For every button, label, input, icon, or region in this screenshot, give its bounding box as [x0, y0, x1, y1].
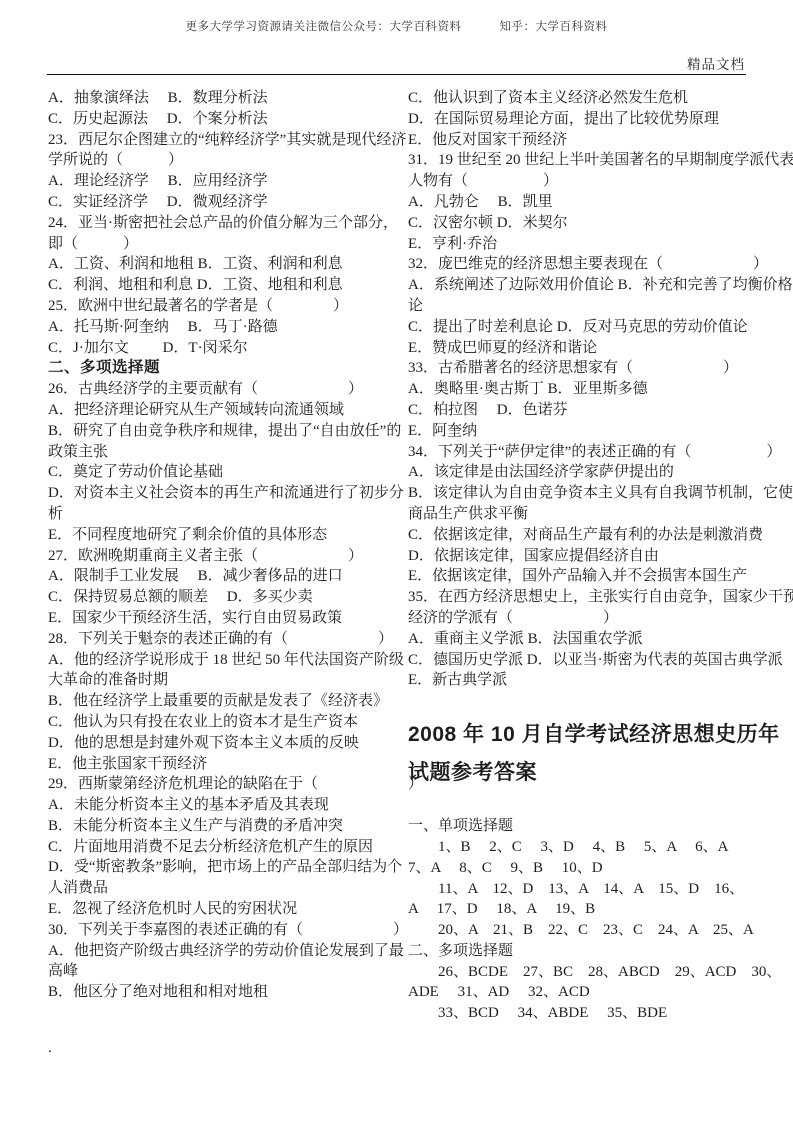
header-promo-left: 更多大学学习资源请关注微信公众号：大学百科资料 — [186, 21, 462, 33]
premium-doc-badge: 精品文档 — [687, 53, 745, 73]
document-page: 更多大学学习资源请关注微信公众号：大学百科资料知乎：大学百科资料 精品文档 A．… — [0, 0, 793, 1122]
text-line: 1、B 2、C 3、D 4、B 5、A 6、A — [408, 837, 770, 858]
text-line: E．他主张国家干预经济 — [48, 754, 400, 775]
text-line: C．保持贸易总额的顺差 D．多买少卖 — [48, 587, 400, 608]
text-line: 20、A 21、B 22、C 23、C 24、A 25、A — [408, 920, 770, 941]
text-line: 29．西斯蒙第经济危机理论的缺陷在于（ ） — [48, 774, 400, 795]
text-line: C．他认为只有投在农业上的资本才是生产资本 — [48, 712, 400, 733]
text-line: 11、A 12、D 13、A 14、A 15、D 16、 — [408, 879, 770, 900]
text-line: D．他的思想是封建外观下资本主义本质的反映 — [48, 733, 400, 754]
text-line: 33、BCD 34、ABDE 35、BDE — [408, 1003, 770, 1024]
text-line: C．德国历史学派 D．以亚当·斯密为代表的英国古典学派 — [408, 650, 770, 671]
text-line: A．理论经济学 B．应用经济学 — [48, 171, 400, 192]
text-line: 25．欧洲中世纪最著名的学者是（ ） — [48, 296, 400, 317]
text-line: C．利润、地租和利息 D．工资、地租和利息 — [48, 275, 400, 296]
text-line: A．抽象演绎法 B．数理分析法 — [48, 88, 400, 109]
text-line: A．限制手工业发展 B．减少奢侈品的进口 — [48, 566, 400, 587]
text-line: 析 — [48, 504, 400, 525]
text-line: A．工资、利润和地租 B．工资、利润和利息 — [48, 254, 400, 275]
text-line: 23．西尼尔企图建立的“纯粹经济学”其实就是现代经济 — [48, 130, 400, 151]
header-promo-right: 知乎：大学百科资料 — [500, 21, 608, 33]
text-line: 27．欧洲晚期重商主义者主张（ ） — [48, 546, 400, 567]
text-line: C．历史起源法 D．个案分析法 — [48, 109, 400, 130]
text-line: A．系统阐述了边际效用价值论 B．补充和完善了均衡价格 — [408, 275, 770, 296]
right-column: C．他认识到了资本主义经济必然发生危机D．在国际贸易理论方面，提出了比较优势原理… — [408, 88, 770, 1024]
text-line: 31．19 世纪至 20 世纪上半叶美国著名的早期制度学派代表 — [408, 150, 770, 171]
text-line: E．新古典学派 — [408, 670, 770, 691]
text-line: D．受“斯密教条”影响，把市场上的产品全部归结为个 — [48, 857, 400, 878]
text-line: A．奥略里·奥古斯丁 B．亚里斯多德 — [408, 379, 770, 400]
text-line: B．他在经济学上最重要的贡献是发表了《经济表》 — [48, 691, 400, 712]
text-line: E．依据该定律，国外产品输入并不会损害本国生产 — [408, 566, 770, 587]
text-line: C．提出了时差利息论 D．反对马克思的劳动价值论 — [408, 317, 770, 338]
left-column: A．抽象演绎法 B．数理分析法C．历史起源法 D．个案分析法23．西尼尔企图建立… — [48, 88, 400, 1003]
text-line: 24．亚当·斯密把社会总产品的价值分解为三个部分， — [48, 213, 400, 234]
text-line: E．赞成巴师夏的经济和谐论 — [408, 338, 770, 359]
text-line: E．阿奎纳 — [408, 421, 770, 442]
text-line: 26．古典经济学的主要贡献有（ ） — [48, 379, 400, 400]
text-line: 34．下列关于“萨伊定律”的表述正确的有（ ） — [408, 442, 770, 463]
text-line: E．忽视了经济危机时人民的穷困状况 — [48, 899, 400, 920]
answers-title-line-2: 试题参考答案 — [408, 758, 770, 788]
text-line: 高峰 — [48, 961, 400, 982]
text-line: C．汉密尔顿 D．米契尔 — [408, 213, 770, 234]
text-line: C．奠定了劳动价值论基础 — [48, 462, 400, 483]
text-line: A．把经济理论研究从生产领域转向流通领域 — [48, 400, 400, 421]
text-line: 商品生产供求平衡 — [408, 504, 770, 525]
text-line: A．该定律是由法国经济学家萨伊提出的 — [408, 462, 770, 483]
text-line: 论 — [408, 296, 770, 317]
text-line: A．他的经济学说形成于 18 世纪 50 年代法国资产阶级 — [48, 650, 400, 671]
text-line: 经济的学派有（ ） — [408, 608, 770, 629]
text-line: ADE 31、AD 32、ACD — [408, 982, 770, 1003]
text-line: C．依据该定律，对商品生产最有利的办法是刺激消费 — [408, 525, 770, 546]
text-line: C．他认识到了资本主义经济必然发生危机 — [408, 88, 770, 109]
text-line: A．他把资产阶级古典经济学的劳动价值论发展到了最 — [48, 941, 400, 962]
text-line: B．该定律认为自由竞争资本主义具有自我调节机制，它使 — [408, 483, 770, 504]
text-line: E．国家少干预经济生活，实行自由贸易政策 — [48, 608, 400, 629]
text-line: 26、BCDE 27、BC 28、ABCD 29、ACD 30、 — [408, 962, 770, 983]
text-line: 28．下列关于魁奈的表述正确的有（ ） — [48, 629, 400, 650]
text-line: 30．下列关于李嘉图的表述正确的有（ ） — [48, 920, 400, 941]
text-line: D．对资本主义社会资本的再生产和流通进行了初步分 — [48, 483, 400, 504]
text-line: 学所说的（ ） — [48, 150, 400, 171]
text-line: C．柏拉图 D．色诺芬 — [408, 400, 770, 421]
text-line: B．未能分析资本主义生产与消费的矛盾冲突 — [48, 816, 400, 837]
text-line: A．托马斯·阿奎纳 B．马丁·路德 — [48, 317, 400, 338]
text-line: E．不同程度地研究了剩余价值的具体形态 — [48, 525, 400, 546]
text-line: C．J·加尔文 D．T·闵采尔 — [48, 338, 400, 359]
text-line: 32．庞巴维克的经济思想主要表现在（ ） — [408, 254, 770, 275]
text-line: A．重商主义学派 B．法国重农学派 — [408, 629, 770, 650]
answers-section-single: 一、单项选择题 — [408, 816, 770, 837]
text-line: B．他区分了绝对地租和相对地租 — [48, 982, 400, 1003]
text-line: A 17、D 18、A 19、B — [408, 899, 770, 920]
page-footer-dot: . — [48, 1040, 52, 1057]
header-divider — [47, 74, 746, 75]
text-line: C．片面地用消费不足去分析经济危机产生的原因 — [48, 837, 400, 858]
answers-section-multiple: 二、多项选择题 — [408, 941, 770, 962]
answers-title-line-1: 2008 年 10 月自学考试经济思想史历年 — [408, 720, 770, 750]
text-line: D．依据该定律，国家应提倡经济自由 — [408, 546, 770, 567]
text-line: E．亨利·乔治 — [408, 234, 770, 255]
text-line: A．凡勃仑 B．凯里 — [408, 192, 770, 213]
text-line: D．在国际贸易理论方面，提出了比较优势原理 — [408, 109, 770, 130]
text-line: C．实证经济学 D．微观经济学 — [48, 192, 400, 213]
text-line: 大革命的准备时期 — [48, 670, 400, 691]
section-heading-multiple-choice: 二、多项选择题 — [48, 358, 400, 379]
text-line: 35．在西方经济思想史上，主张实行自由竞争，国家少干预 — [408, 587, 770, 608]
text-line: 人消费品 — [48, 878, 400, 899]
text-line: 33．古希腊著名的经济思想家有（ ） — [408, 358, 770, 379]
text-line: B．研究了自由竞争秩序和规律，提出了“自由放任”的 — [48, 421, 400, 442]
header-promo: 更多大学学习资源请关注微信公众号：大学百科资料知乎：大学百科资料 — [0, 18, 793, 34]
text-line: 政策主张 — [48, 442, 400, 463]
text-line: 即（ ） — [48, 234, 400, 255]
text-line: 人物有（ ） — [408, 171, 770, 192]
text-line: 7、A 8、C 9、B 10、D — [408, 858, 770, 879]
text-line: A．未能分析资本主义的基本矛盾及其表现 — [48, 795, 400, 816]
text-line: E．他反对国家干预经济 — [408, 130, 770, 151]
